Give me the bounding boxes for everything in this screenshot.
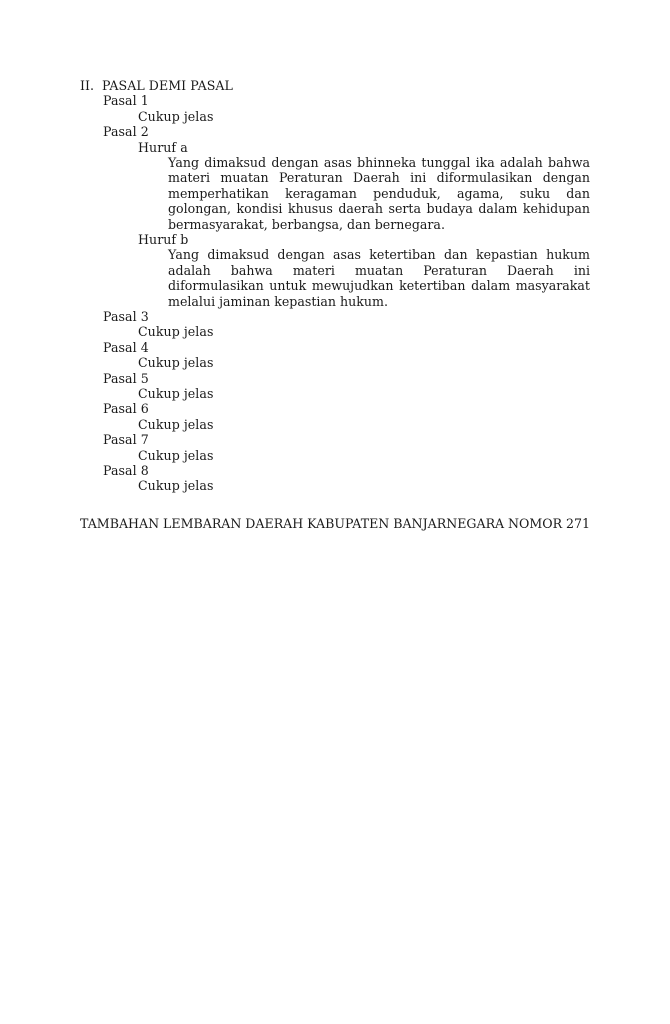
huruf-b-paragraph: Yang dimaksud dengan asas ketertiban dan… [168,247,590,309]
pasal-1-label: Pasal 1 [103,93,149,108]
paragraph-line: materi muatan Peraturan Daerah ini difor… [168,170,590,185]
paragraph-line: memperhatikan keragaman penduduk, agama,… [168,186,590,201]
paragraph-line: Yang dimaksud dengan asas bhinneka tungg… [168,155,590,170]
pasal-5-body: Cukup jelas [138,386,213,401]
pasal-5-label: Pasal 5 [103,371,149,386]
pasal-6-body: Cukup jelas [138,417,213,432]
pasal-2-label: Pasal 2 [103,124,149,139]
paragraph-line: golongan, kondisi khusus daerah serta bu… [168,201,590,216]
paragraph-line: diformulasikan untuk mewujudkan ketertib… [168,278,590,293]
section-number: II. [80,78,94,93]
huruf-a-paragraph: Yang dimaksud dengan asas bhinneka tungg… [168,155,590,232]
huruf-b-label: Huruf b [138,232,188,247]
pasal-8-label: Pasal 8 [103,463,149,478]
pasal-6-label: Pasal 6 [103,401,149,416]
pasal-7-label: Pasal 7 [103,432,149,447]
pasal-1-body: Cukup jelas [138,109,213,124]
huruf-a-label: Huruf a [138,140,188,155]
section-title: PASAL DEMI PASAL [102,78,233,93]
pasal-4-body: Cukup jelas [138,355,213,370]
pasal-8-body: Cukup jelas [138,478,213,493]
pasal-7-body: Cukup jelas [138,448,213,463]
pasal-3-body: Cukup jelas [138,324,213,339]
paragraph-line: adalah bahwa materi muatan Peraturan Dae… [168,263,590,278]
document-page: II. PASAL DEMI PASAL Pasal 1 Cukup jelas… [0,0,670,1024]
pasal-3-label: Pasal 3 [103,309,149,324]
pasal-4-label: Pasal 4 [103,340,149,355]
paragraph-line: Yang dimaksud dengan asas ketertiban dan… [168,247,590,262]
footer-gazette-reference: TAMBAHAN LEMBARAN DAERAH KABUPATEN BANJA… [80,516,590,531]
paragraph-line: bermasyarakat, berbangsa, dan bernegara. [168,217,590,232]
paragraph-line: melalui jaminan kepastian hukum. [168,294,590,309]
